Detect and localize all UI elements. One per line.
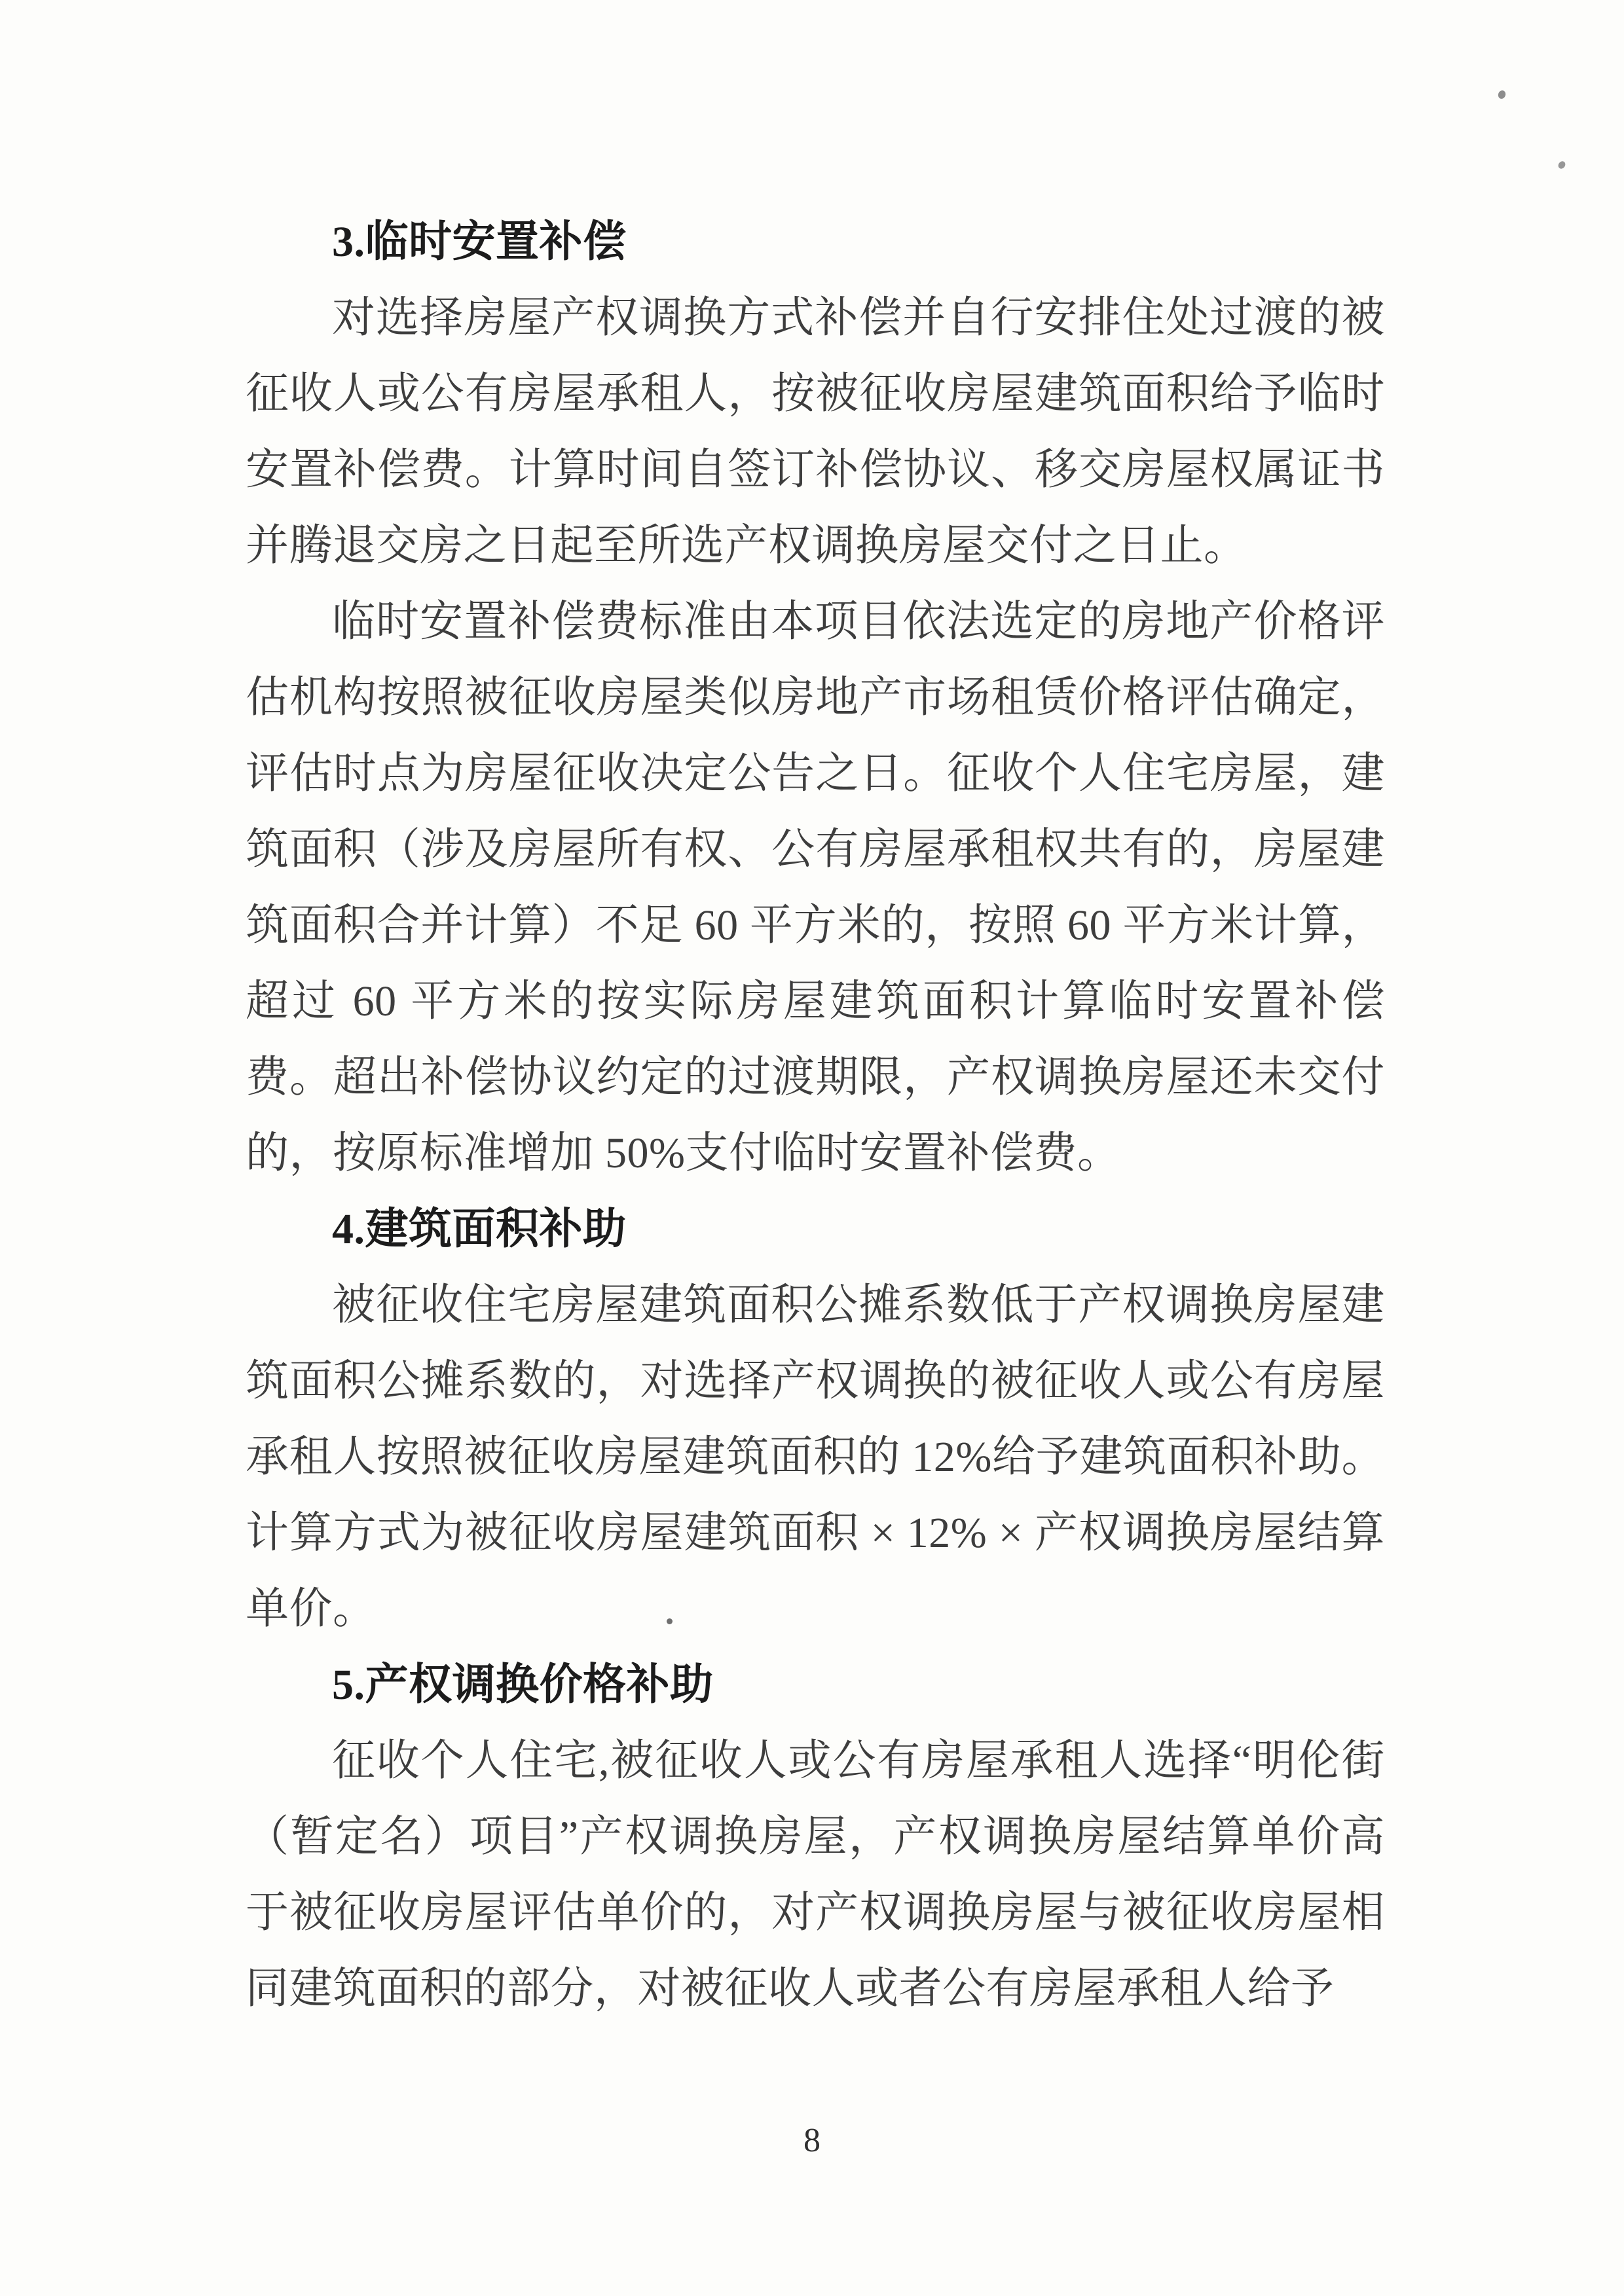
scan-speck-1 bbox=[1497, 90, 1507, 100]
section-3-paragraph-1: 对选择房屋产权调换方式补偿并自行安排住处过渡的被征收人或公有房屋承租人，按被征收… bbox=[246, 280, 1385, 584]
scan-speck-3 bbox=[667, 1618, 673, 1624]
document-page: 3.临时安置补偿 对选择房屋产权调换方式补偿并自行安排住处过渡的被征收人或公有房… bbox=[0, 0, 1624, 2296]
section-4-heading: 4.建筑面积补助 bbox=[246, 1192, 1385, 1267]
section-3-paragraph-2: 临时安置补偿费标准由本项目依法选定的房地产价格评估机构按照被征收房屋类似房地产市… bbox=[246, 584, 1385, 1192]
section-5-heading: 5.产权调换价格补助 bbox=[246, 1647, 1385, 1723]
scan-speck-2 bbox=[1557, 160, 1566, 170]
section-3-heading: 3.临时安置补偿 bbox=[246, 204, 1385, 280]
page-number: 8 bbox=[0, 2121, 1624, 2160]
section-5-paragraph-1: 征收个人住宅,被征收人或公有房屋承租人选择“明伦街（暂定名）项目”产权调换房屋，… bbox=[246, 1723, 1385, 2027]
document-content: 3.临时安置补偿 对选择房屋产权调换方式补偿并自行安排住处过渡的被征收人或公有房… bbox=[246, 204, 1385, 2027]
section-4-paragraph-1: 被征收住宅房屋建筑面积公摊系数低于产权调换房屋建筑面积公摊系数的，对选择产权调换… bbox=[246, 1267, 1385, 1647]
